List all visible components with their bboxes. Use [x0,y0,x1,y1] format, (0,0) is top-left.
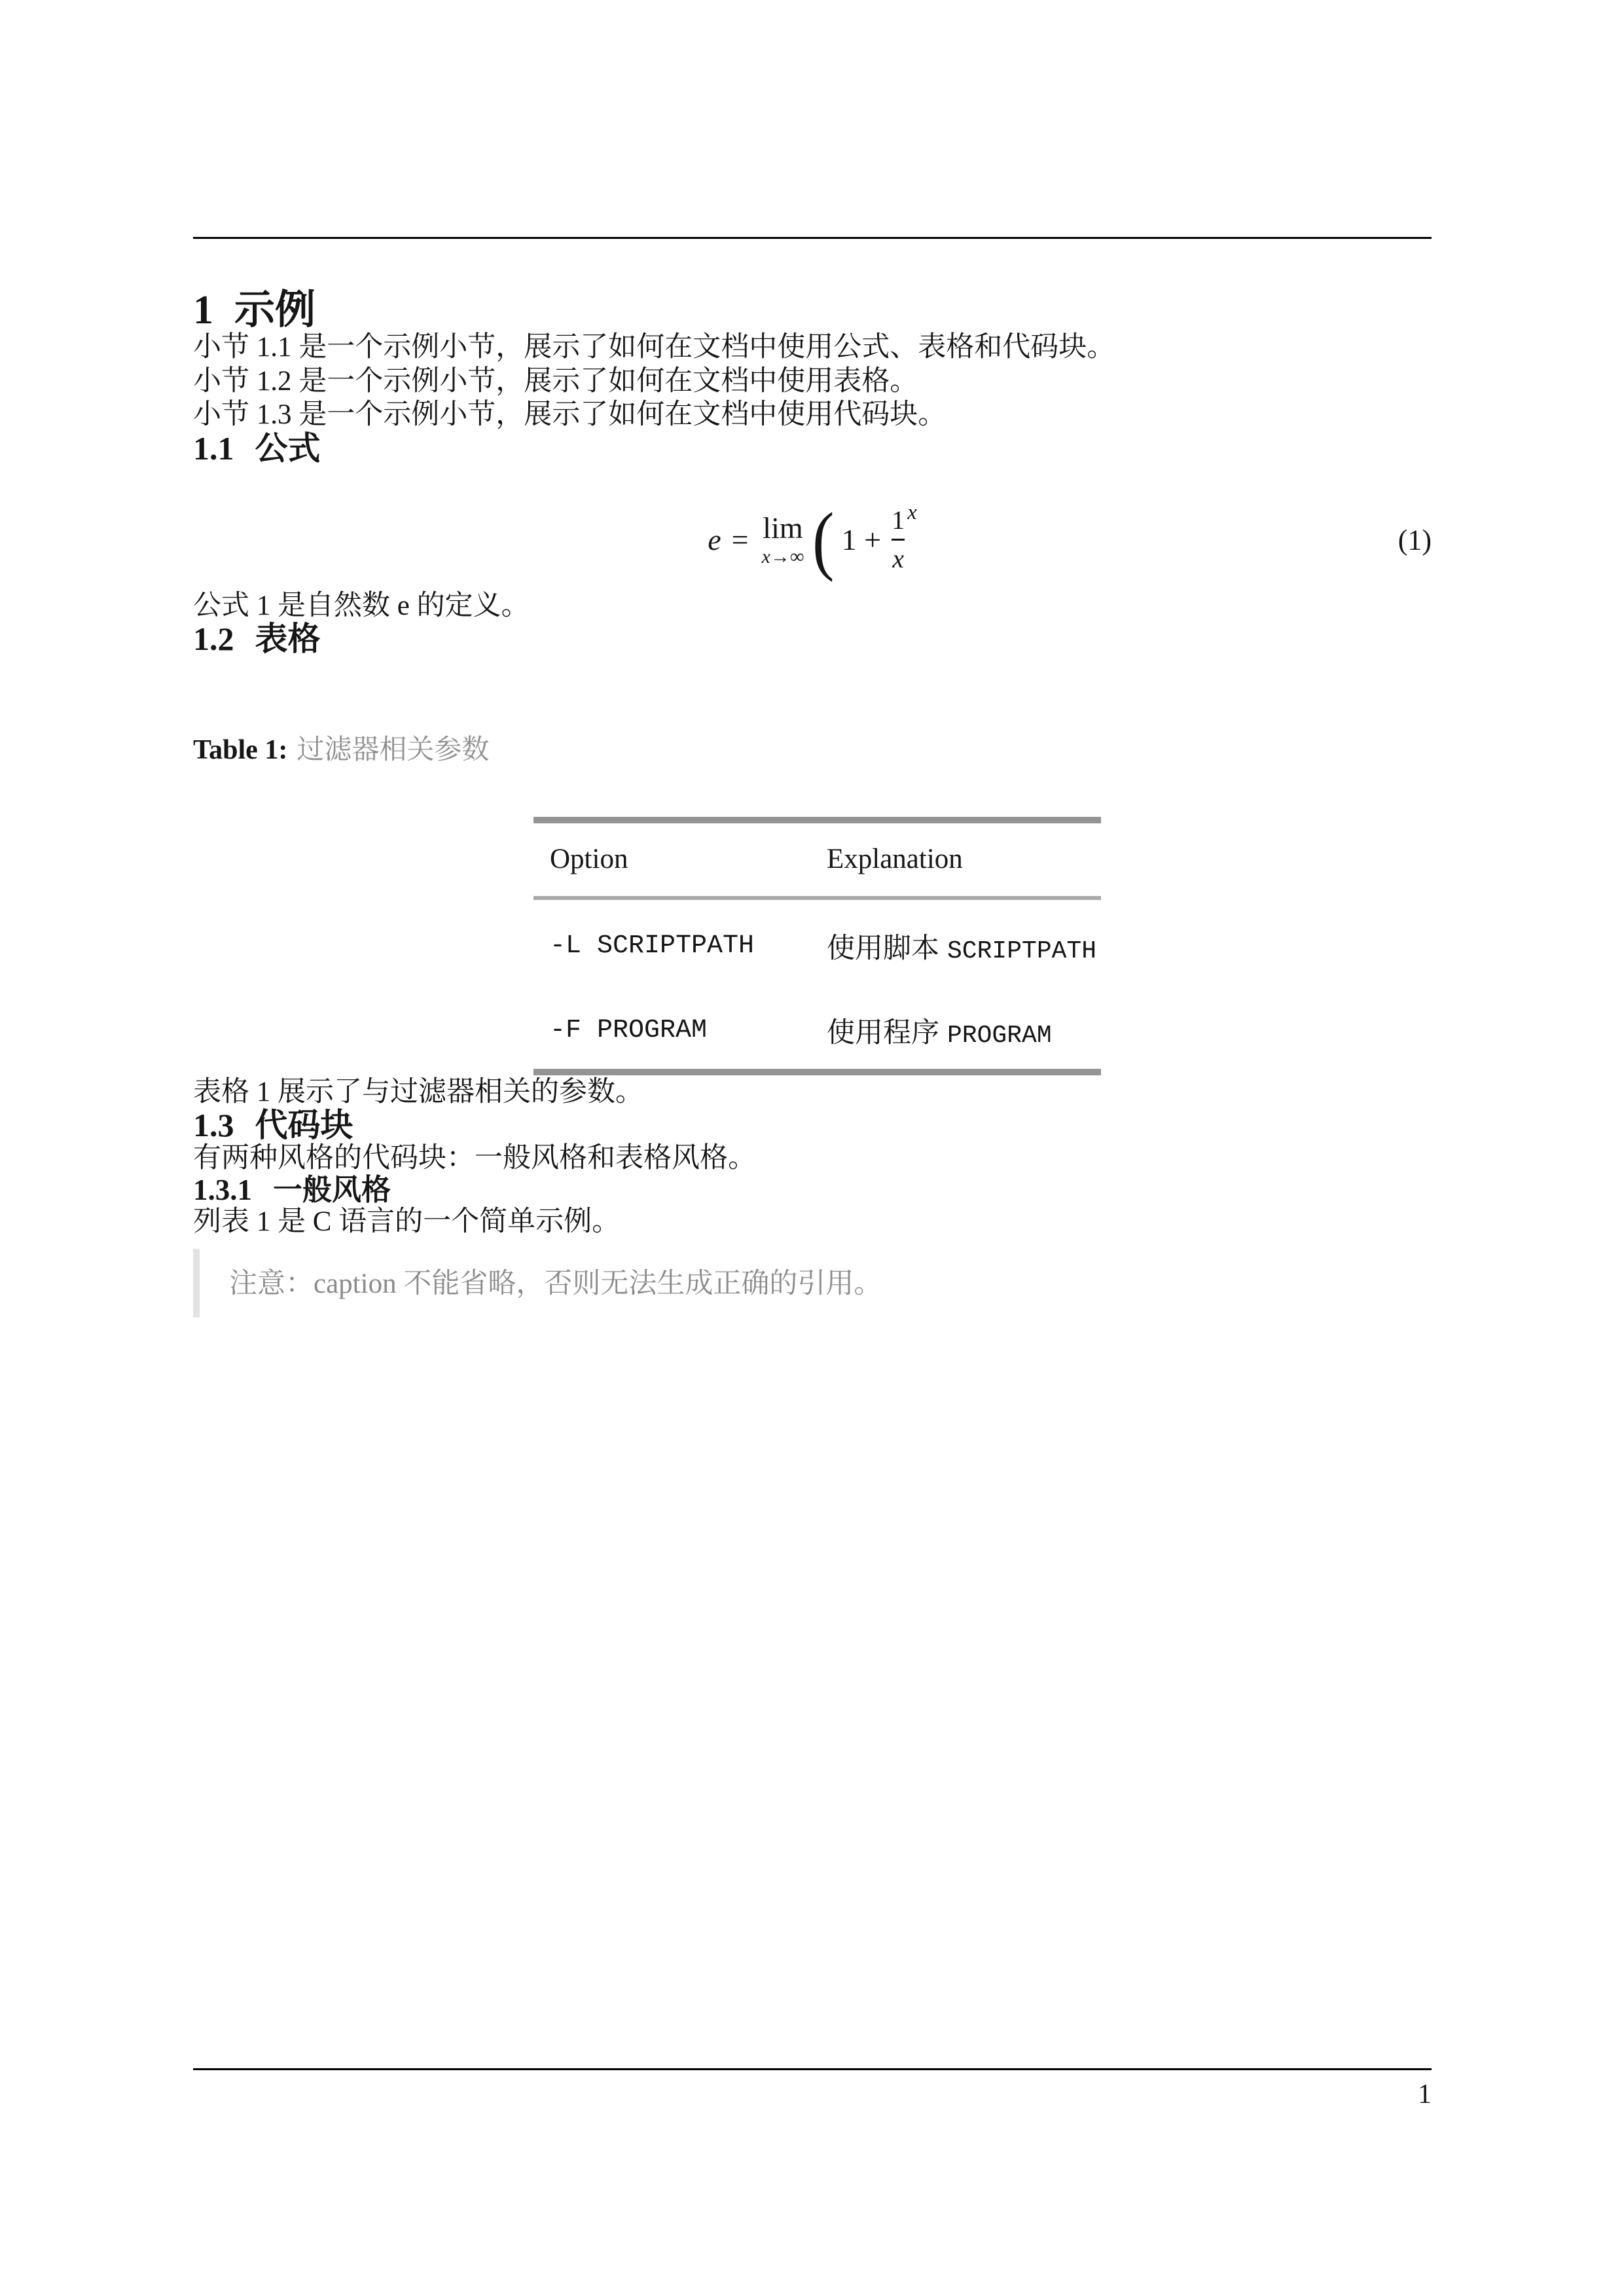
table-caption-text: 过滤器相关参数 [297,735,489,765]
table-row: -F PROGRAM 使用程序PROGRAM [533,984,1101,1072]
section-number: 1 [193,290,213,331]
table-row: -L SCRIPTPATH 使用脚本SCRIPTPATH [533,898,1101,984]
listing-reference-paragraph: 列表 1 是 C 语言的一个简单示例。 [193,1205,1432,1239]
section-heading-1-2: 1.2表格 [193,622,1432,655]
open-paren: ( [812,507,834,573]
equation-body: 1 + [842,525,881,555]
option-cell: -L SCRIPTPATH [533,898,810,984]
explanation-cell: 使用脚本SCRIPTPATH [810,898,1101,984]
equation: e = lim x→∞ ( 1 + 1 x x [708,507,916,573]
explanation-text: 使用程序 [827,1018,939,1049]
explanation-text: 使用脚本 [827,933,939,964]
table-caption-label: Table 1: [193,735,287,765]
section-title: 示例 [234,288,316,332]
option-cell: -F PROGRAM [533,984,810,1072]
section-heading-1-1: 1.1公式 [193,432,1432,465]
limit-label: lim [763,513,803,543]
intro-paragraph-2: 小节 1.2 是一个示例小节，展示了如何在文档中使用表格。 [193,365,1432,399]
table-body: -L SCRIPTPATH 使用脚本SCRIPTPATH -F PROGRAM … [533,898,1101,1072]
option-header: Option [533,820,810,898]
equation-number: (1) [1398,523,1432,556]
explanation-code: PROGRAM [947,1022,1052,1050]
section-title: 表格 [255,620,321,657]
section-number: 1.3.1 [193,1175,252,1205]
fraction-numerator: 1 [892,507,905,539]
section-title: 一般风格 [273,1174,391,1206]
section-title: 公式 [255,430,321,467]
limit-operator: lim x→∞ [762,513,804,567]
code-styles-paragraph: 有两种风格的代码块：一般风格和表格风格。 [193,1141,1432,1175]
section-title: 代码块 [255,1107,353,1143]
header-rule [193,237,1432,239]
table-caption: Table 1:过滤器相关参数 [193,734,1432,766]
equation-block: e = lim x→∞ ( 1 + 1 x x (1) [193,491,1432,589]
note-text: 注意：caption 不能省略，否则无法生成正确的引用。 [229,1267,882,1301]
section-number: 1.1 [193,432,234,465]
table-header-row: Option Explanation [533,820,1101,898]
parameters-table: Option Explanation -L SCRIPTPATH 使用脚本SCR… [533,817,1101,1075]
fraction: 1 x [892,507,905,572]
explanation-cell: 使用程序PROGRAM [810,984,1101,1072]
table-header: Option Explanation [533,820,1101,898]
equation-lhs: e [708,525,721,555]
footer-rule [193,2068,1432,2070]
equation-equals: = [732,525,749,555]
document-page: 1示例 小节 1.1 是一个示例小节，展示了如何在文档中使用公式、表格和代码块。… [0,0,1624,2296]
note-left-bar [193,1249,200,1318]
section-heading-1-3: 1.3代码块 [193,1109,1432,1141]
intro-paragraph-3: 小节 1.3 是一个示例小节，展示了如何在文档中使用代码块。 [193,398,1432,432]
explanation-code: SCRIPTPATH [947,937,1096,965]
limit-subscript: x→∞ [762,547,804,567]
section-heading-1-3-1: 1.3.1一般风格 [193,1175,1432,1205]
intro-paragraph-1: 小节 1.1 是一个示例小节，展示了如何在文档中使用公式、表格和代码块。 [193,331,1432,365]
formula-caption-paragraph: 公式 1 是自然数 e 的定义。 [193,589,1432,623]
page-content: 1示例 小节 1.1 是一个示例小节，展示了如何在文档中使用公式、表格和代码块。… [193,0,1432,1318]
section-number: 1.2 [193,622,234,655]
equation-exponent: x [907,502,917,524]
section-heading-1: 1示例 [193,290,1432,331]
page-number: 1 [1418,2079,1432,2110]
explanation-header: Explanation [810,820,1101,898]
section-number: 1.3 [193,1109,234,1141]
fraction-denominator: x [892,541,904,572]
note-block: 注意：caption 不能省略，否则无法生成正确的引用。 [193,1249,1432,1318]
table-reference-paragraph: 表格 1 展示了与过滤器相关的参数。 [193,1075,1432,1109]
